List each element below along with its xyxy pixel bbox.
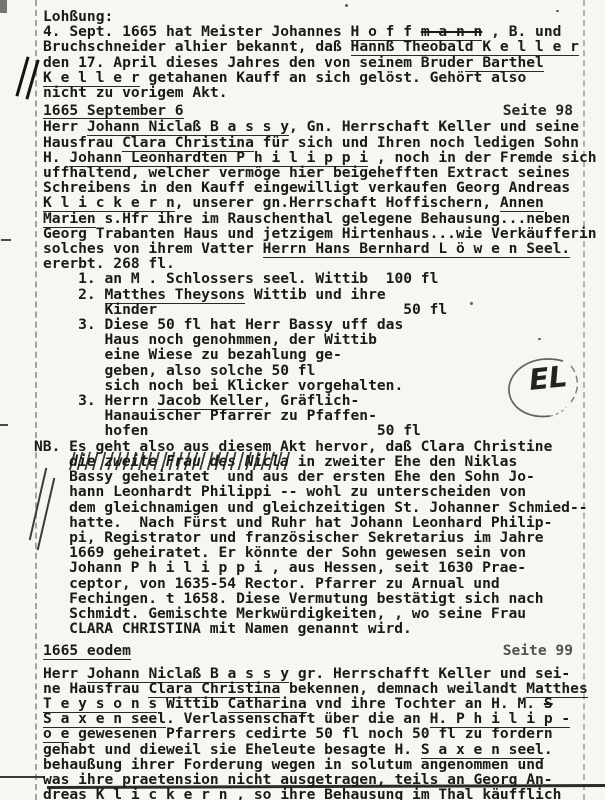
document-line: NB. Es geht also aus diesem Akt hervor, …: [34, 439, 595, 454]
document-line: die zweite Frau des Nicla in zweiter Ehe…: [34, 454, 595, 469]
text-segment: dreas: [43, 786, 96, 800]
document-line: was ihre praetension nicht ausgetragen, …: [43, 772, 595, 787]
document-line: T e y s o n s Wittib Catharina vnd ihre …: [43, 696, 595, 711]
lohssung-entry: Lohßung:4. Sept. 1665 hat Meister Johann…: [43, 9, 595, 100]
document-blocks: Lohßung:4. Sept. 1665 hat Meister Johann…: [43, 9, 595, 800]
document-line: Schreibens in den Kauff eingewilligt ver…: [43, 180, 595, 195]
document-line: gehabt und dieweil sie Eheleute besagte …: [43, 742, 595, 757]
document-line: Georg Trabanten Haus und jetzigem Hirten…: [43, 226, 595, 241]
text-segment: CLARA CHRISTINA mit Namen genannt wird.: [34, 620, 412, 637]
document-line: H. Johann Leonhardten P h i l i p p i , …: [43, 150, 595, 165]
document-line: Herr Johann Niclaß B a s s y, Gn. Herrsc…: [43, 119, 595, 134]
document-line: Marien s.Hfr ihre im Rauschenthal gelege…: [43, 211, 595, 226]
document-line: 1669 geheiratet. Er könnte der Sohn gewe…: [34, 545, 595, 560]
document-line: uffhaltend, welcher vermöge hier beigehe…: [43, 165, 595, 180]
handwritten-slash-mark: [25, 59, 39, 99]
document-line: Hanauischer Pfarrer zu Pfaffen-: [43, 408, 595, 423]
entry-header: 1665 eodemSeite 99: [43, 643, 595, 659]
document-line: S a x e n seel. Verlassenschaft über die…: [43, 711, 595, 726]
margin-tick: [1, 239, 11, 241]
margin-tick: [0, 424, 8, 426]
document-line: 1. an M . Schlossers seel. Wittib 100 fl: [43, 271, 595, 286]
document-line: Haus noch genohmmen, der Wittib: [43, 332, 595, 347]
document-line: pi, Registrator und französischer Sekret…: [34, 530, 595, 545]
document-line: hofen 50 fl: [43, 423, 595, 438]
corner-ink-blot: [0, 0, 7, 13]
document-line: ererbt. 268 fl.: [43, 256, 595, 271]
document-line: solches von ihrem Vatter Herrn Hans Bern…: [43, 241, 595, 256]
document-line: Schmidt. Gemischte Merkwürdigkeiten, , w…: [34, 606, 595, 621]
document-line: K e l l e r getahanen Kauff an sich gelö…: [43, 70, 595, 85]
entry-date: 1665 eodem: [43, 643, 131, 659]
nb-note: NB. Es geht also aus diesem Akt hervor, …: [34, 439, 595, 637]
document-line: hatte. Nach Fürst und Ruhr hat Johann Le…: [34, 515, 595, 530]
document-line: 2. Matthes Theysons Wittib und ihre: [43, 287, 595, 302]
page-number: Seite 98: [503, 103, 573, 119]
text-segment: .: [544, 741, 553, 758]
document-line: Fechingen. t 1658. Diese Vermutung bestä…: [34, 591, 595, 606]
document-line: Bassy geheiratet und aus der ersten Ehe …: [34, 469, 595, 484]
document-line: behaußung ihrer Forderung wegen in solut…: [43, 757, 595, 772]
document-line: o e gewesenen Pfarrers cedirte 50 fl noc…: [43, 726, 595, 741]
document-line: CLARA CHRISTINA mit Namen genannt wird.: [34, 621, 595, 636]
paper-speck: [345, 4, 348, 7]
document-line: geben, also solche 50 fl: [43, 363, 595, 378]
document-line: ceptor, von 1635-54 Rector. Pfarrer zu A…: [34, 576, 595, 591]
entry-date: 1665 September 6: [43, 103, 184, 119]
document-line: Herr Johann Niclaß B a s s y gr. Herrsch…: [43, 666, 595, 681]
document-line: sich noch bei Klicker vorgehalten.: [43, 378, 595, 393]
page-number: Seite 99: [503, 643, 573, 659]
document-line: eine Wiese zu bezahlung ge-: [43, 347, 595, 362]
document-line: nicht zu vorigem Akt.: [43, 85, 595, 100]
document-line: dreas K l i c k e r n , so ihre Behausun…: [43, 787, 595, 800]
entry-1665-eodem: 1665 eodemSeite 99Herr Johann Niclaß B a…: [43, 643, 595, 800]
document-line: 3. Herrn Jacob Keller, Gräflich-: [43, 393, 595, 408]
emphasized-text-segment: die zweite Frau des Nicla: [69, 453, 289, 470]
document-line: 3. Diese 50 fl hat Herr Bassy uff das: [43, 317, 595, 332]
emphasized-text-segment: Herrn Hans Bernhard L ö w e n Seel.: [263, 240, 571, 258]
document-line: hann Leonhardt Philippi -- wohl zu unter…: [34, 484, 595, 499]
document-line: 4. Sept. 1665 hat Meister Johannes H o f…: [43, 24, 595, 39]
left-page-edge-line: [35, 0, 37, 800]
text-segment: so ihre Behausung im Thal käufflich: [245, 786, 561, 800]
document-line: ne Hausfrau Clara Christina bekennen, de…: [43, 681, 595, 696]
document-line: den 17. April dieses Jahres den von sein…: [43, 55, 595, 70]
document-line: Johann P h i l i p p i , aus Hessen, sei…: [34, 560, 595, 575]
document-line: K l i c k e r n, unserer gn.Herrschaft H…: [43, 195, 595, 210]
entry-1665-september-6: 1665 September 6Seite 98Herr Johann Nicl…: [43, 103, 595, 438]
text-segment: nicht zu vorigem Akt.: [43, 84, 228, 101]
emphasized-text-segment: K l i c k e r n ,: [96, 786, 245, 800]
document-line: Kinder 50 fl: [43, 302, 595, 317]
document-line: Lohßung:: [43, 9, 595, 24]
document-line: Hausfrau Clara Christina für sich und Ih…: [43, 135, 595, 150]
entry-header: 1665 September 6Seite 98: [43, 103, 595, 119]
bottom-margin-dash: [0, 776, 45, 778]
scanned-document-page: EL Lohßung:4. Sept. 1665 hat Meister Joh…: [0, 0, 605, 800]
document-line: dem gleichnamigen und gleichzeitigen St.…: [34, 500, 595, 515]
document-line: Bruchschneider alhier bekannt, daß Hannß…: [43, 39, 595, 54]
